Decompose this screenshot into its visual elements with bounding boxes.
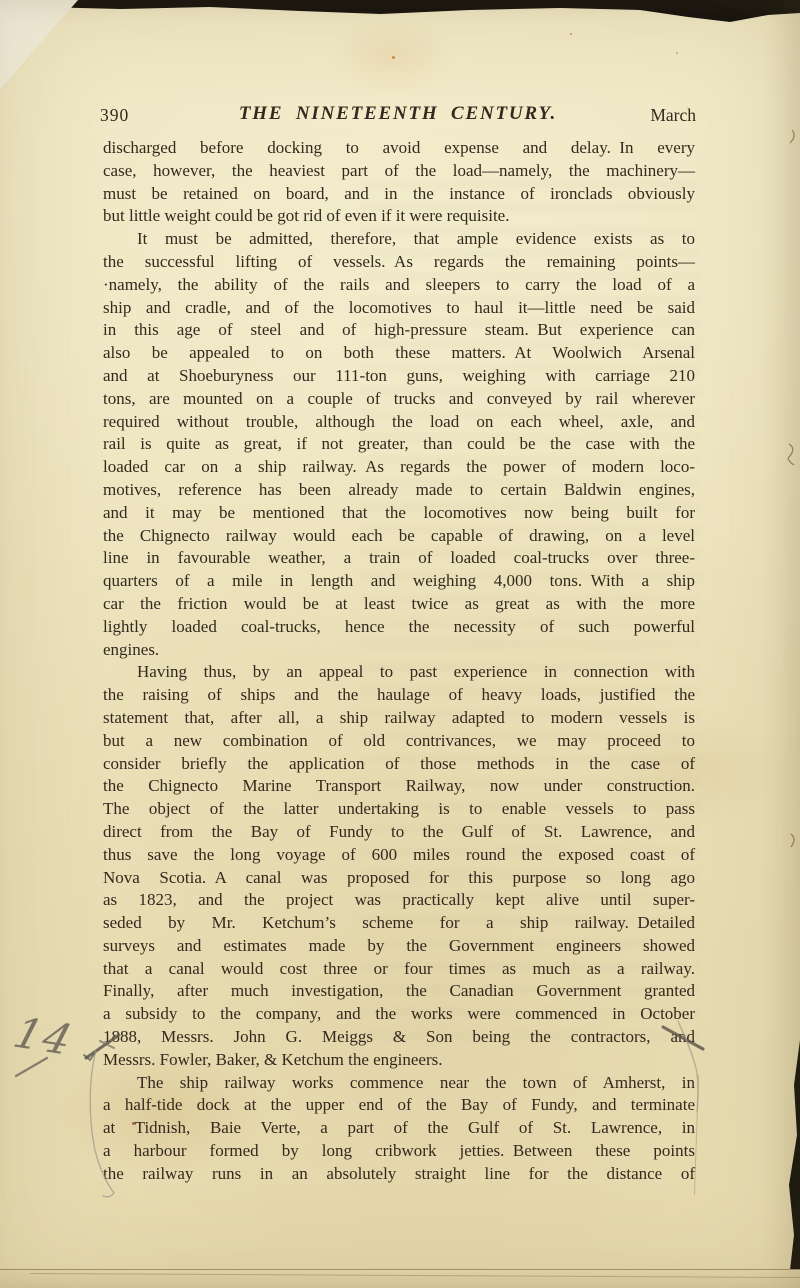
stain-speck [570,33,572,35]
text-line: Nova Scotia. A canal was proposed for th… [103,867,695,890]
stain-speck [392,56,395,59]
page-body: discharged before docking to avoid expen… [103,137,695,1186]
text-line: 1888, Messrs. John G. Meiggs & Son being… [103,1026,695,1049]
text-line: that a canal would cost three or four ti… [103,958,695,981]
text-line: case, however, the heaviest part of the … [103,160,695,183]
text-line: Finally, after much investigation, the C… [103,980,695,1003]
text-line: the successful lifting of vessels. As re… [103,251,695,274]
text-line: thus save the long voyage of 600 miles r… [103,844,695,867]
text-line: but a new combination of old contrivance… [103,730,695,753]
journal-title: THE NINETEENTH CENTURY. [239,103,557,125]
text-line: must be retained on board, and in the in… [103,183,695,206]
text-line: at Tidnish, Baie Verte, a part of the Gu… [103,1117,695,1140]
text-line: and at Shoeburyness our 111-ton guns, we… [103,365,695,388]
text-line: loaded car on a ship railway. As regards… [103,456,695,479]
text-line: discharged before docking to avoid expen… [103,137,695,160]
stain-speck [132,1122,135,1125]
text-line: rail is quite as great, if not greater, … [103,433,695,456]
page-edge-line [30,1273,800,1278]
text-line: It must be admitted, therefore, that amp… [103,228,695,251]
text-line: Messrs. Fowler, Baker, & Ketchum the eng… [103,1049,695,1072]
text-line: the raising of ships and the haulage of … [103,684,695,707]
text-line: consider briefly the application of thos… [103,753,695,776]
text-line: The object of the latter undertaking is … [103,798,695,821]
scan-background: { "page": { "header": { "page_number": "… [0,0,800,1288]
text-line: a half-tide dock at the upper end of the… [103,1094,695,1117]
text-line: ·namely, the ability of the rails and sl… [103,274,695,297]
text-line: in this age of steel and of high-pressur… [103,319,695,342]
text-line: a subsidy to the company, and the works … [103,1003,695,1026]
text-line: lightly loaded coal-trucks, hence the ne… [103,616,695,639]
text-line: engines. [103,639,695,662]
text-line: a harbour formed by long cribwork jettie… [103,1140,695,1163]
page-header: 390 THE NINETEENTH CENTURY. March [100,103,696,131]
text-line: The ship railway works commence near the… [103,1072,695,1095]
stain-speck [566,1014,569,1016]
text-line: motives, reference has been already made… [103,479,695,502]
text-line: car the friction would be at least twice… [103,593,695,616]
text-line: direct from the Bay of Fundy to the Gulf… [103,821,695,844]
text-line: tons, are mounted on a couple of trucks … [103,388,695,411]
underlying-page-edge [0,1269,800,1288]
text-line: the Chignecto railway would each be capa… [103,525,695,548]
text-line: the railway runs in an absolutely straig… [103,1163,695,1186]
text-line: statement that, after all, a ship railwa… [103,707,695,730]
text-line: line in favourable weather, a train of l… [103,547,695,570]
text-line: as 1823, and the project was practically… [103,889,695,912]
page-number: 390 [100,105,129,126]
stain-speck [676,52,678,54]
text-line: surveys and estimates made by the Govern… [103,935,695,958]
text-line: the Chignecto Marine Transport Railway, … [103,775,695,798]
text-line: seded by Mr. Ketchum’s scheme for a ship… [103,912,695,935]
issue-month: March [650,105,696,126]
text-line: and it may be mentioned that the locomot… [103,502,695,525]
text-line: required without trouble, although the l… [103,411,695,434]
text-line: quarters of a mile in length and weighin… [103,570,695,593]
text-line: Having thus, by an appeal to past experi… [103,661,695,684]
text-line: also be appealed to on both these matter… [103,342,695,365]
text-line: ship and cradle, and of the locomotives … [103,297,695,320]
text-line: but little weight could be got rid of ev… [103,205,695,228]
